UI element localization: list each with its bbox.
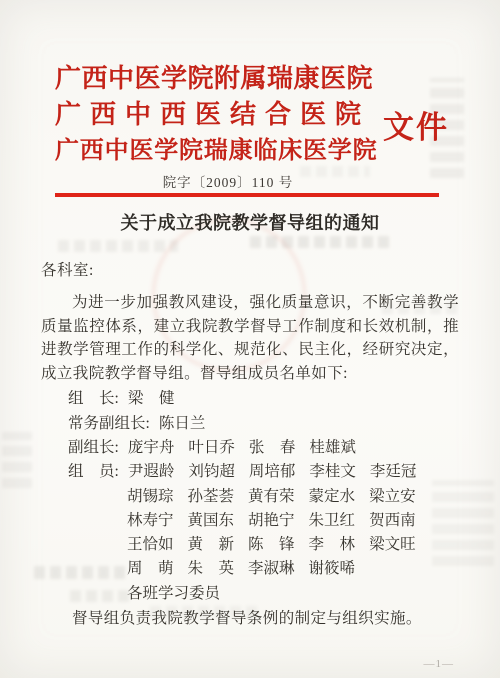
- member-name: 王恰如: [127, 533, 174, 557]
- document-page: 广西中医学院附属瑞康医院 广西中西医结合医院 广西中医学院瑞康临床医学院 文件 …: [0, 0, 500, 678]
- member-name: 谢筱唏: [309, 557, 356, 581]
- member-name: 周 萌: [127, 557, 174, 581]
- roster-row-deputy: 副组长: 庞宇舟叶日乔张 春桂雄斌: [68, 436, 459, 460]
- member-row: 王恰如黄 新陈 锋李 林梁文旺: [127, 533, 459, 557]
- member-row-class-committee: 各班学习委员: [127, 582, 459, 606]
- opening-paragraph: 为进一步加强教风建设，强化质量意识，不断完善教学质量监控体系，建立我院教学督导工…: [41, 291, 459, 385]
- document-word: 文件: [383, 102, 449, 147]
- bleedthrough-artifact: [2, 432, 32, 488]
- member-row: 胡锡琮孙荃荟黄有荣蒙定水梁立安: [127, 485, 459, 509]
- member-name: 尹遐龄: [128, 460, 175, 484]
- member-name: 李桂文: [309, 460, 356, 484]
- member-name: 李淑琳: [248, 557, 295, 581]
- member-row: 周 萌朱 英李淑琳谢筱唏: [127, 557, 459, 581]
- member-name: 桂雄斌: [309, 436, 356, 460]
- member-name: 李廷冠: [370, 460, 417, 484]
- document-title: 关于成立我院教学督导组的通知: [0, 209, 500, 235]
- roster-names: 庞宇舟叶日乔张 春桂雄斌: [128, 436, 356, 460]
- roster-row-leader: 组 长: 梁 健: [68, 387, 459, 411]
- member-name: 陈日兰: [159, 412, 206, 436]
- member-name: 梁文旺: [369, 533, 416, 557]
- roster-row-members: 组 员: 尹遐龄刘钧超周培郁李桂文李廷冠: [68, 460, 459, 484]
- roster: 组 长: 梁 健 常务副组长: 陈日兰 副组长: 庞宇舟叶日乔张 春桂雄斌 组 …: [68, 387, 459, 606]
- member-name: 黄 新: [188, 533, 235, 557]
- page-number: —1—: [424, 658, 455, 670]
- member-name: 林寿宁: [127, 509, 174, 533]
- member-name: 梁 健: [128, 387, 175, 411]
- member-name: 黄国东: [188, 509, 235, 533]
- roster-label: 组 长:: [68, 387, 119, 411]
- member-name: 胡艳宁: [248, 509, 295, 533]
- member-name: 蒙定水: [309, 485, 356, 509]
- member-name: 梁立安: [369, 485, 416, 509]
- roster-names: 梁 健: [128, 387, 175, 411]
- roster-row-exec-deputy: 常务副组长: 陈日兰: [68, 412, 459, 436]
- member-name: 贺西南: [369, 509, 416, 533]
- roster-label: 常务副组长:: [68, 412, 150, 436]
- letterhead: 广西中医学院附属瑞康医院 广西中西医结合医院 广西中医学院瑞康临床医学院 文件: [55, 60, 447, 169]
- member-name: 刘钧超: [188, 460, 235, 484]
- member-name: 朱卫红: [309, 509, 356, 533]
- member-row: 林寿宁黄国东胡艳宁朱卫红贺西南: [127, 509, 459, 533]
- org-name-line-1: 广西中医学院附属瑞康医院: [55, 60, 447, 97]
- member-name: 陈 锋: [248, 533, 295, 557]
- member-name: 朱 英: [188, 557, 235, 581]
- member-name: 周培郁: [249, 460, 296, 484]
- member-name: 庞宇舟: [128, 436, 175, 460]
- roster-label: 组 员:: [68, 460, 119, 484]
- member-name: 李 林: [309, 533, 356, 557]
- member-name: 叶日乔: [188, 436, 235, 460]
- salutation: 各科室:: [41, 260, 459, 282]
- red-divider-rule: [55, 193, 439, 197]
- closing-paragraph: 督导组负责我院教学督导条例的制定与组织实施。: [41, 607, 459, 631]
- member-name: 胡锡琮: [127, 485, 174, 509]
- member-name: 黄有荣: [248, 485, 295, 509]
- member-name: 张 春: [249, 436, 296, 460]
- member-name: 孙荃荟: [188, 485, 235, 509]
- roster-names: 陈日兰: [159, 412, 206, 436]
- bleedthrough-artifact: [58, 240, 178, 252]
- roster-names: 尹遐龄刘钧超周培郁李桂文李廷冠: [128, 460, 417, 484]
- roster-label: 副组长:: [68, 436, 119, 460]
- document-number: 院字〔2009〕110 号: [0, 171, 456, 191]
- document-body: 各科室: 为进一步加强教风建设，强化质量意识，不断完善教学质量监控体系，建立我院…: [41, 260, 459, 631]
